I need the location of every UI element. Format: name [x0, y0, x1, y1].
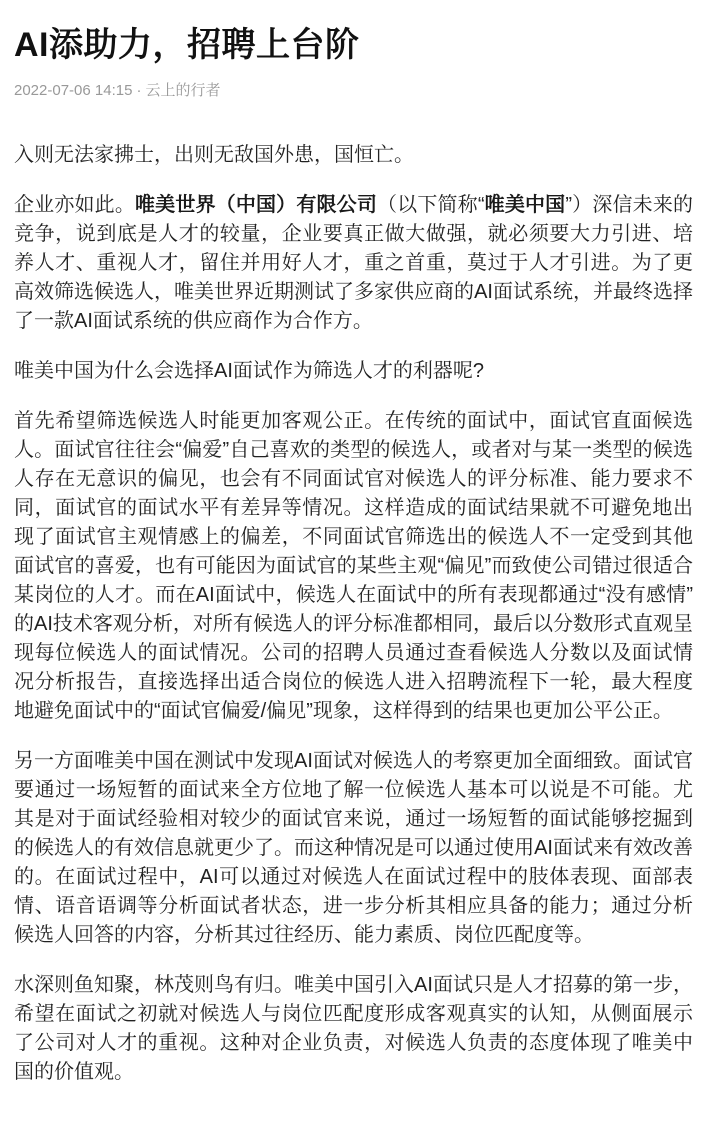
meta-separator: · [136, 82, 141, 99]
paragraph-question: 唯美中国为什么会选择AI面试作为筛选人才的利器呢? [14, 357, 693, 386]
publish-datetime: 2022-07-06 14:15 [14, 82, 132, 99]
article-page: AI添助力，招聘上台阶 2022-07-06 14:15·云上的行者 入则无法家… [0, 0, 707, 1138]
article-meta: 2022-07-06 14:15·云上的行者 [14, 82, 693, 100]
company-full-name: 唯美世界（中国）有限公司 [135, 194, 377, 216]
paragraph-company-intro: 企业亦如此。唯美世界（中国）有限公司（以下简称“唯美中国”）深信未来的竞争，说到… [14, 191, 693, 336]
page-title: AI添助力，招聘上台阶 [14, 24, 693, 67]
company-short-name: 唯美中国 [485, 194, 566, 216]
paragraph-comprehensive-analysis: 另一方面唯美中国在测试中发现AI面试对候选人的考察更加全面细致。面试官要通过一场… [14, 747, 693, 950]
author-name[interactable]: 云上的行者 [145, 82, 220, 99]
paragraph-fairness: 首先希望筛选候选人时能更加客观公正。在传统的面试中，面试官直面候选人。面试官往往… [14, 407, 693, 726]
article-body: 入则无法家拂士，出则无敌国外患，国恒亡。 企业亦如此。唯美世界（中国）有限公司（… [14, 141, 693, 1087]
p2-text-lead: 企业亦如此。 [14, 194, 135, 216]
p2-text-mid: （以下简称“ [377, 194, 485, 216]
paragraph-conclusion: 水深则鱼知聚，林茂则鸟有归。唯美中国引入AI面试只是人才招募的第一步，希望在面试… [14, 971, 693, 1087]
paragraph-intro-quote: 入则无法家拂士，出则无敌国外患，国恒亡。 [14, 141, 693, 170]
